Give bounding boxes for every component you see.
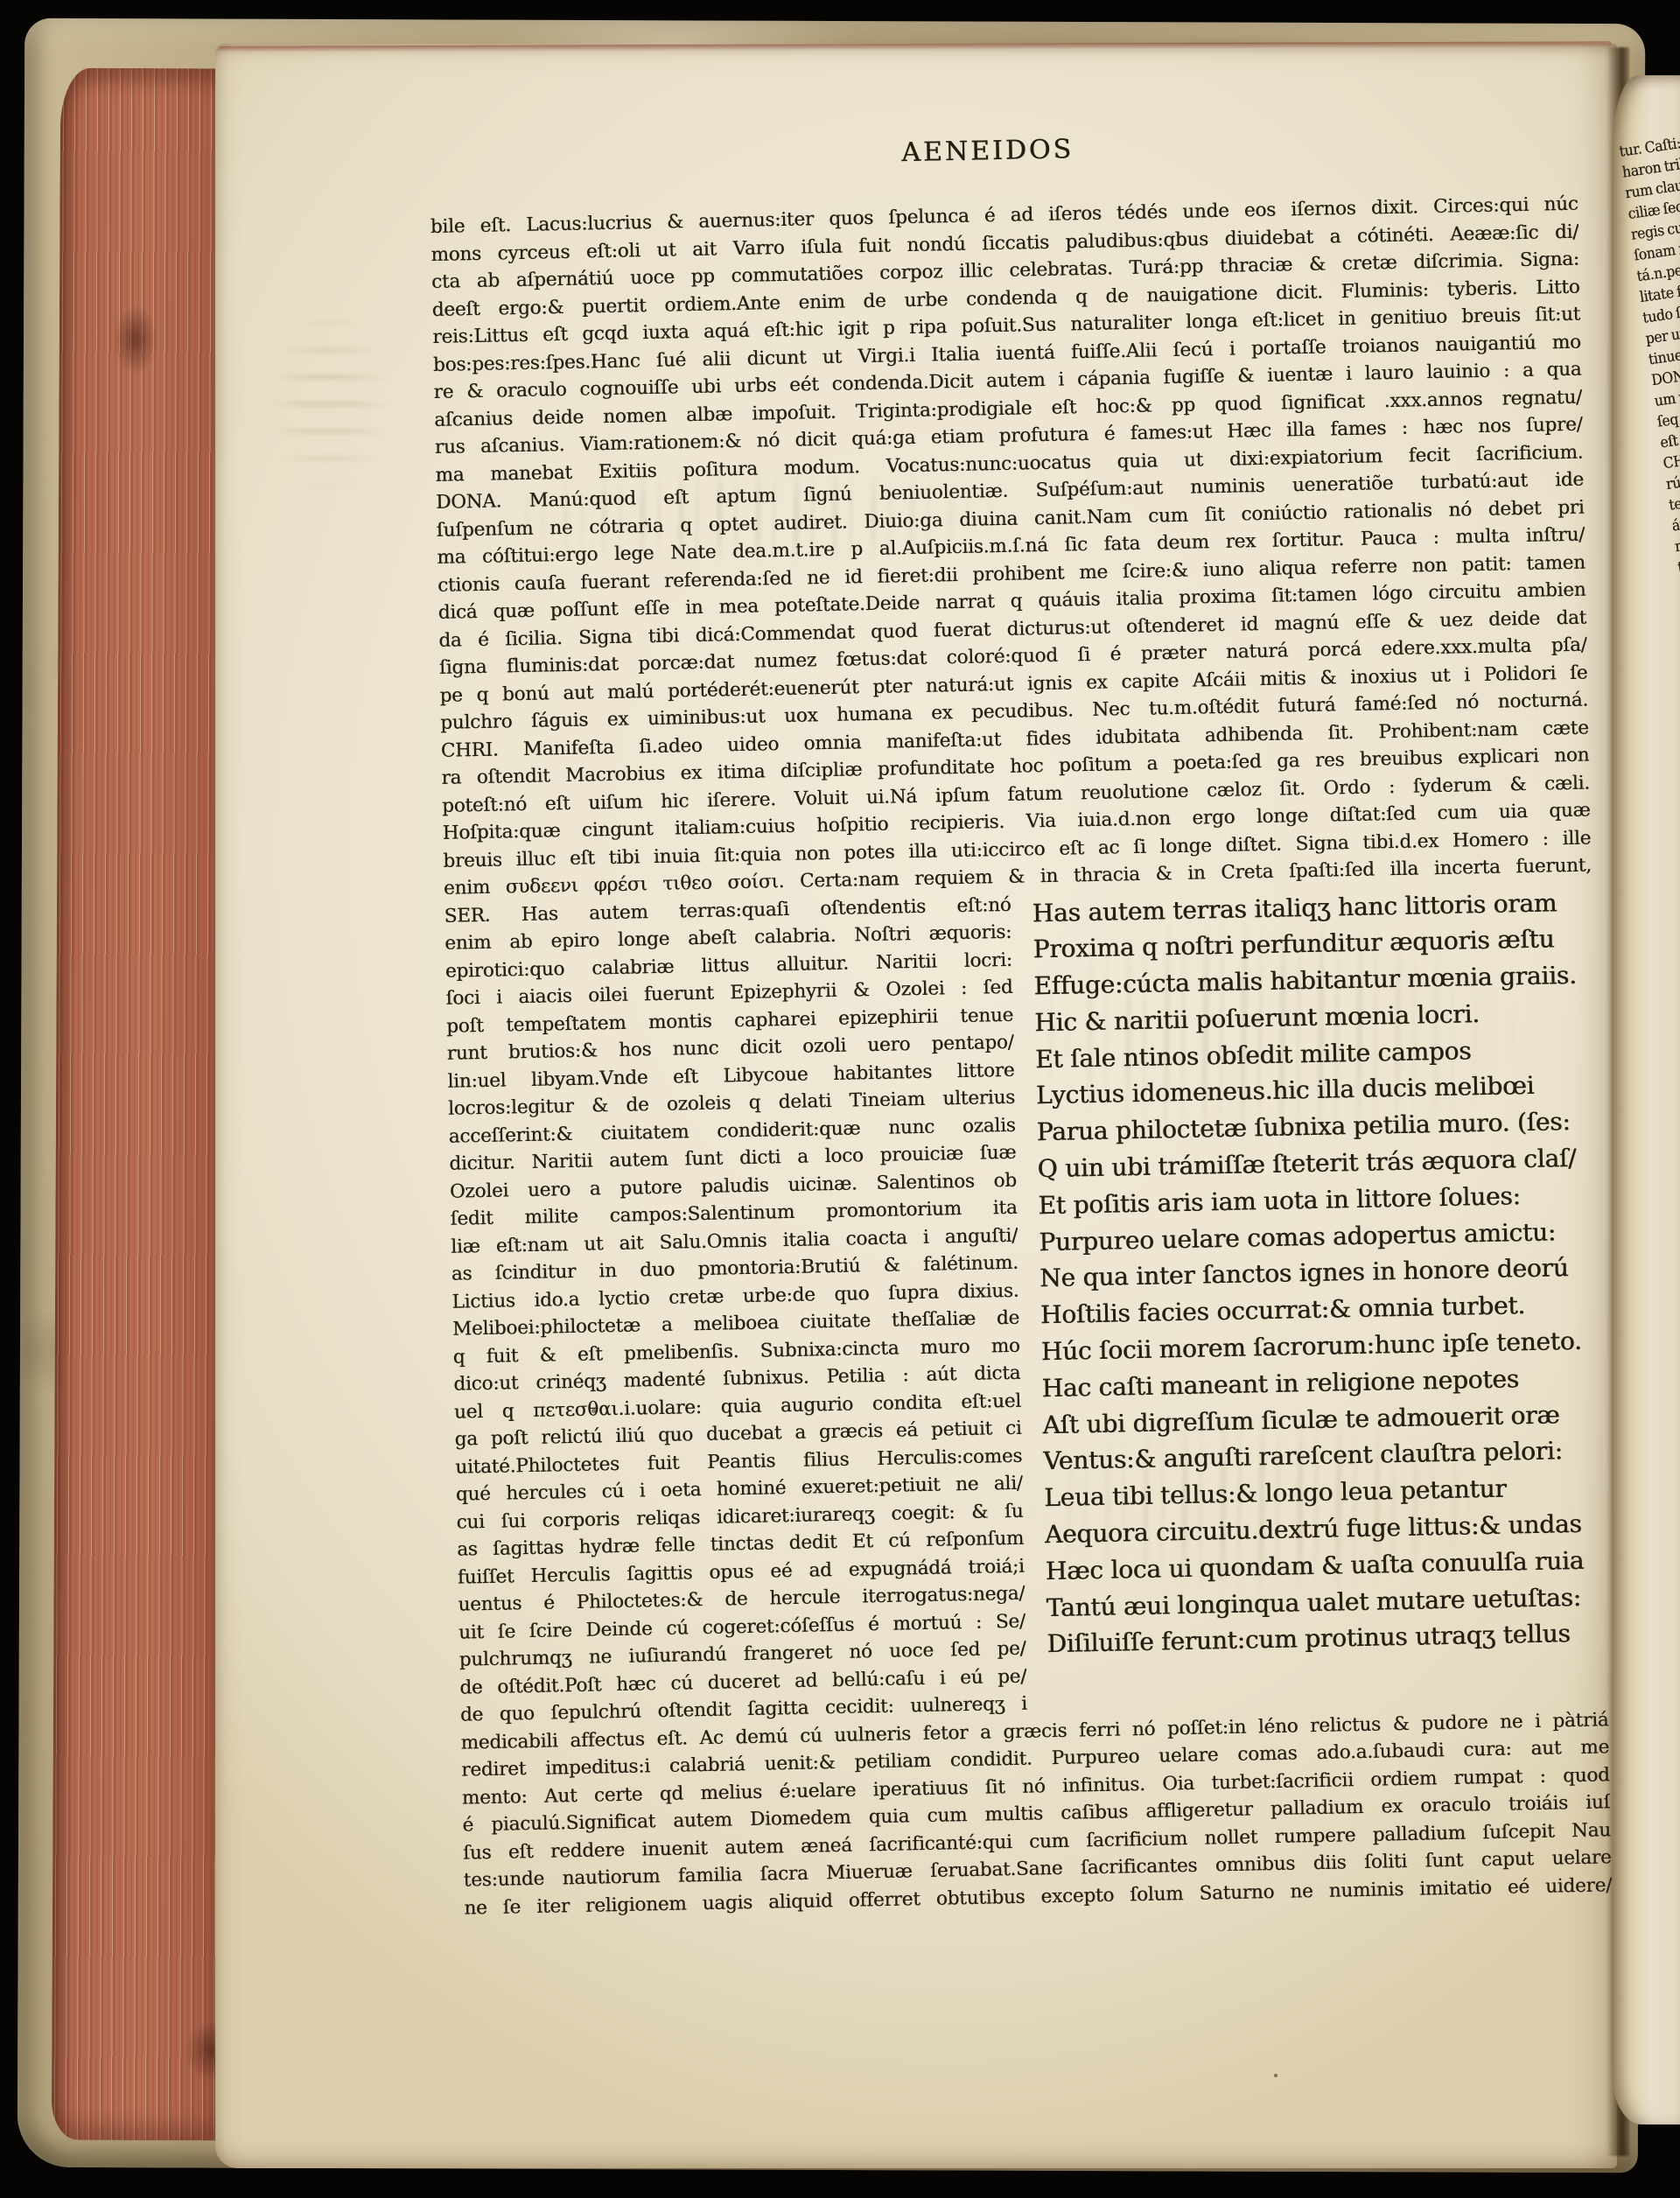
paper-speck xyxy=(1274,2074,1277,2077)
left-page: AENEIDOS bile eſt. Lacus:lucrius & auern… xyxy=(215,44,1617,2168)
showthrough-smudge xyxy=(268,306,390,499)
verse-column: Has autem terras italiqʒ hanc littoris o… xyxy=(1011,879,1607,1663)
facing-commentary-fragments: tur. Caſti:Pharon tribrum clauſæciliæ ſe… xyxy=(1618,121,1680,891)
fore-edge xyxy=(52,68,230,2141)
photograph-of-open-incunabulum: { "colors":{ "background":"#070503", "bo… xyxy=(0,0,1680,2198)
commentary-top: bile eſt. Lacus:lucrius & auernus:iter q… xyxy=(430,191,1592,903)
running-title: AENEIDOS xyxy=(901,133,1130,165)
commentary-bottom: medicabili affectus eſt. Ac demú cú uuln… xyxy=(460,1706,1612,1922)
fore-edge-stain xyxy=(114,304,157,374)
printed-text-block: AENEIDOS bile eſt. Lacus:lucrius & auern… xyxy=(429,124,1612,1922)
facing-page-text: tur. Caſti:Pharon tribrum clauſæciliæ ſe… xyxy=(1618,121,1680,1864)
two-column-area: SER. Has autem terras:quaſi oſtendentis … xyxy=(444,879,1608,1729)
commentary-left-column: SER. Has autem terras:quaſi oſtendentis … xyxy=(444,891,1027,1729)
facing-page-sliver: tur. Caſti:Pharon tribrum clauſæciliæ ſe… xyxy=(1612,75,1680,2124)
